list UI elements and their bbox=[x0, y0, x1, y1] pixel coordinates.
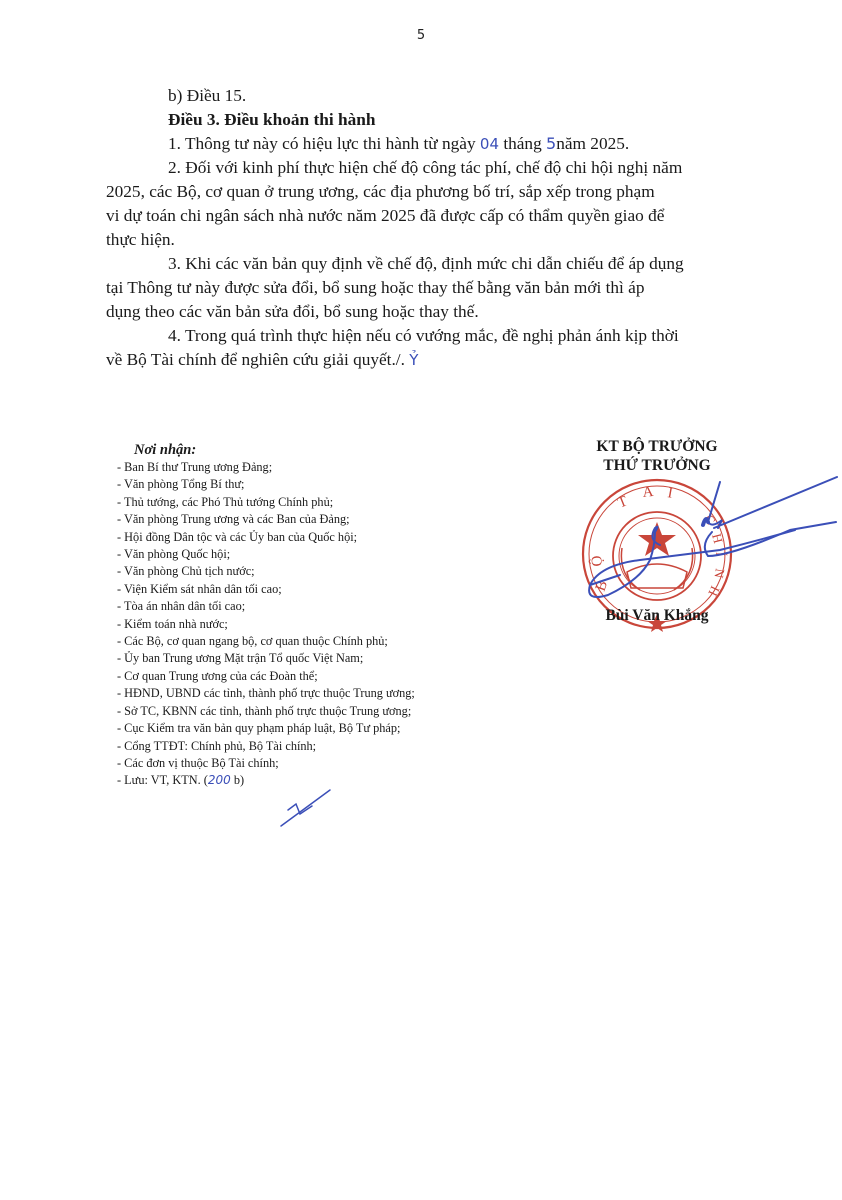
initial-mark-icon bbox=[281, 790, 330, 826]
svg-text:T: T bbox=[616, 493, 630, 511]
svg-text:A: A bbox=[642, 484, 655, 501]
svg-text:H: H bbox=[705, 584, 723, 599]
svg-text:I: I bbox=[666, 485, 674, 502]
signer-authority: KT BỘ TRƯỞNG bbox=[562, 437, 752, 456]
signer-title: THỨ TRƯỞNG bbox=[562, 456, 752, 475]
signer-name: Bùi Văn Khắng bbox=[562, 607, 752, 625]
signature-block: KT BỘ TRƯỞNG THỨ TRƯỞNG bbox=[562, 437, 752, 475]
svg-text:Ộ: Ộ bbox=[588, 555, 606, 567]
svg-text:N: N bbox=[711, 567, 728, 579]
handwriting-overlay: T A I B Ộ C H Í N H bbox=[0, 0, 842, 1200]
